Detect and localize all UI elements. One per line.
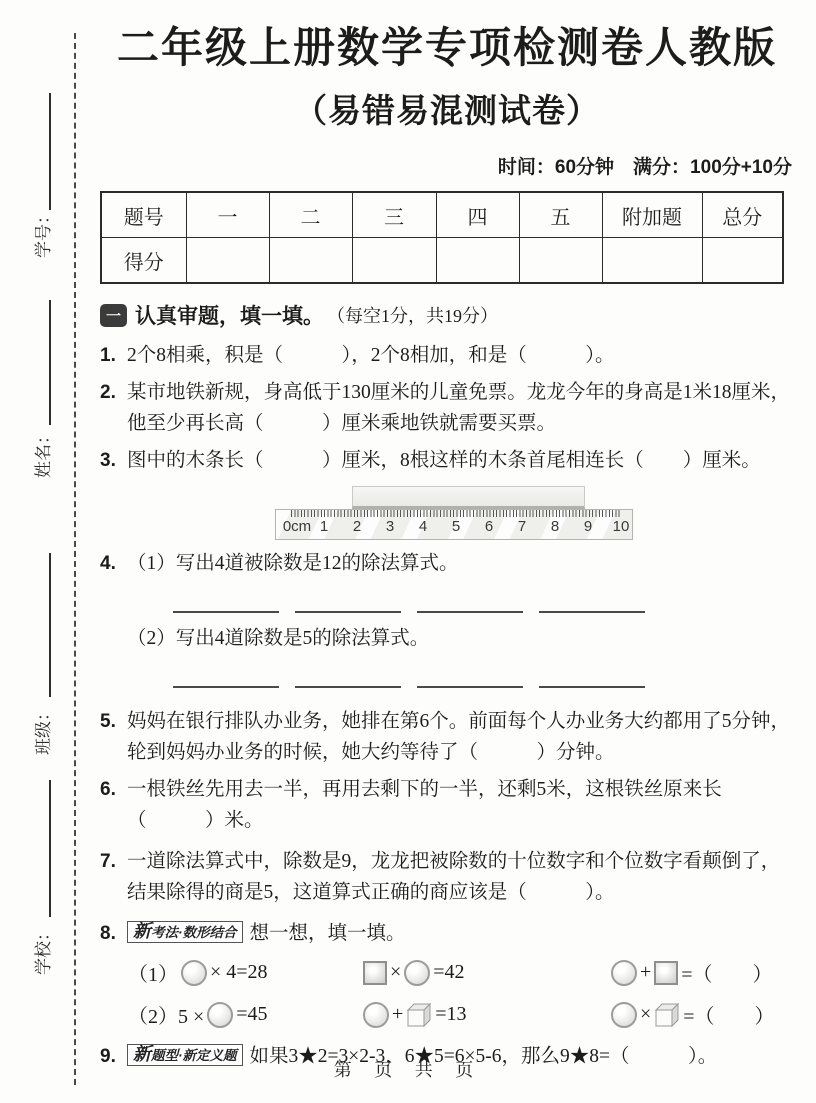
question-5: 5. 妈妈在银行排队办业务，她排在第6个。前面每个人办业务大约都用了5分钟，轮到… (100, 706, 794, 768)
page-subtitle: （易错易混测试卷） (100, 85, 794, 132)
answer-blank (539, 597, 645, 613)
question-4-part-1: （1）写出4道被除数是12的除法算式。 (127, 548, 794, 579)
question-8-row-2: （2）5 × =45+=13 × =（ ） (128, 996, 794, 1033)
question-text: 2个8相乘，积是（ ），2个8相加，和是（ ）。 (127, 340, 794, 371)
col-part-3: 三 (352, 192, 436, 238)
col-total: 总分 (702, 192, 783, 238)
score-cell (352, 238, 436, 284)
class-writing-line (49, 553, 51, 697)
cube-shape (654, 1002, 680, 1028)
question-number: 4. (100, 548, 127, 698)
question-8: 8. 新考法·数形结合想一想，填一填。 (100, 918, 794, 949)
question-4-part-2: （2）写出4道除数是5的除法算式。 (127, 623, 794, 654)
question-6: 6. 一根铁丝先用去一半，再用去剩下的一半，还剩5米，这根铁丝原来长（ ）米。 (100, 774, 794, 836)
col-part-2: 二 (269, 192, 352, 238)
class-label: 班级： (29, 704, 54, 755)
score-row-label: 得分 (101, 238, 186, 284)
section-one-header: 一 认真审题，填一填。 （每空1分，共19分） (100, 300, 794, 330)
circle-shape (404, 960, 430, 986)
question-number: 3. (100, 445, 127, 476)
circle-shape (611, 960, 637, 986)
main-content: 二年级上册数学专项检测卷人教版 （易错易混测试卷） 时间：60分钟 满分：100… (100, 0, 794, 1072)
score-table: 题号 一 二 三 四 五 附加题 总分 得分 (100, 191, 784, 284)
wood-strip (352, 486, 585, 509)
page-footer: 第 页 共 页 (0, 1056, 816, 1082)
col-part-4: 四 (436, 192, 519, 238)
question-number: 8. (100, 918, 127, 949)
school-writing-line (49, 780, 51, 917)
ruler-mark: 6 (485, 518, 493, 535)
question-number: 2. (100, 377, 127, 439)
question-text: 图中的木条长（ ）厘米，8根这样的木条首尾相连长（ ）厘米。 (127, 445, 794, 476)
ruler-mark: 5 (452, 518, 460, 535)
equation: （2）5 × =45 (128, 1000, 360, 1029)
question-number: 5. (100, 706, 127, 768)
ruler-mark: 8 (551, 518, 559, 535)
equation: × =（ ） (608, 1000, 794, 1029)
question-text: 想一想，填一填。 (250, 923, 406, 944)
score-cell (602, 238, 702, 284)
fold-dashed-line (74, 33, 76, 1085)
page-title: 二年级上册数学专项检测卷人教版 (100, 24, 794, 71)
question-text: 妈妈在银行排队办业务，她排在第6个。前面每个人办业务大约都用了5分钟，轮到妈妈办… (127, 706, 794, 768)
ruler-mark: 3 (386, 518, 394, 535)
answer-blank (173, 597, 279, 613)
circle-shape (363, 1002, 389, 1028)
student-id-writing-line (49, 93, 51, 210)
equation: （1） × 4=28 (128, 958, 360, 987)
question-8-row-1: （1） × 4=28 × =42+=（ ） (128, 954, 794, 991)
answer-blank (173, 672, 279, 688)
section-points-note: （每空1分，共19分） (327, 302, 498, 328)
circle-shape (181, 960, 207, 986)
question-number: 1. (100, 340, 127, 371)
answer-blank (295, 597, 401, 613)
answer-blank (539, 672, 645, 688)
school-label: 学校： (29, 924, 54, 975)
ruler-figure: 0cm12345678910 (275, 486, 633, 542)
cube-shape (406, 1002, 432, 1028)
ruler-mark: 4 (419, 518, 427, 535)
ruler: 0cm12345678910 (275, 509, 633, 540)
col-bonus: 附加题 (602, 192, 702, 238)
circle-shape (207, 1002, 233, 1028)
answer-blank (417, 672, 523, 688)
answer-blank-row (173, 672, 794, 688)
col-question-number: 题号 (101, 192, 186, 238)
question-text: 一道除法算式中，除数是9，龙龙把被除数的十位数字和个位数字看颠倒了，结果除得的商… (127, 846, 794, 908)
name-writing-line (49, 300, 51, 425)
name-label: 姓名： (29, 427, 54, 478)
question-3: 3. 图中的木条长（ ）厘米，8根这样的木条首尾相连长（ ）厘米。 (100, 445, 794, 476)
score-table-score-row: 得分 (101, 238, 783, 284)
col-part-1: 一 (186, 192, 269, 238)
exam-page: 学号： 姓名： 班级： 学校： 二年级上册数学专项检测卷人教版 （易错易混测试卷… (0, 0, 816, 1103)
equation: × =42 (360, 960, 608, 986)
ruler-mark: 2 (353, 518, 361, 535)
ruler-ticks (291, 510, 622, 517)
student-id-label: 学号： (29, 207, 54, 258)
score-cell (186, 238, 269, 284)
answer-blank (295, 672, 401, 688)
time-score-info: 时间：60分钟 满分：100分+10分 (100, 152, 794, 179)
square-shape (363, 961, 387, 985)
question-1: 1. 2个8相乘，积是（ ），2个8相加，和是（ ）。 (100, 340, 794, 371)
question-7: 7. 一道除法算式中，除数是9，龙龙把被除数的十位数字和个位数字看颠倒了，结果除… (100, 846, 794, 908)
col-part-5: 五 (519, 192, 602, 238)
ruler-mark: 7 (518, 518, 526, 535)
question-number: 6. (100, 774, 127, 836)
square-shape (654, 961, 678, 985)
score-cell (519, 238, 602, 284)
ruler-mark: 1 (320, 518, 328, 535)
answer-blank-row (173, 597, 794, 613)
question-text: 某市地铁新规，身高低于130厘米的儿童免票。龙龙今年的身高是1米18厘米，他至少… (127, 377, 794, 439)
score-cell (269, 238, 352, 284)
score-cell (702, 238, 783, 284)
answer-blank (417, 597, 523, 613)
ruler-mark: 0cm (283, 518, 311, 535)
question-text: 一根铁丝先用去一半，再用去剩下的一半，还剩5米，这根铁丝原来长（ ）米。 (127, 774, 794, 836)
ruler-mark: 9 (584, 518, 592, 535)
equation: +=13 (360, 1002, 608, 1028)
equation: +=（ ） (608, 958, 794, 987)
question-4: 4. （1）写出4道被除数是12的除法算式。 （2）写出4道除数是5的除法算式。 (100, 548, 794, 698)
ruler-mark: 10 (613, 518, 630, 535)
new-method-badge: 新考法·数形结合 (127, 921, 243, 943)
question-number: 7. (100, 846, 127, 908)
circle-shape (611, 1002, 637, 1028)
score-table-header-row: 题号 一 二 三 四 五 附加题 总分 (101, 192, 783, 238)
section-number-badge: 一 (100, 304, 127, 327)
section-title: 认真审题，填一填。 (135, 300, 324, 330)
score-cell (436, 238, 519, 284)
question-2: 2. 某市地铁新规，身高低于130厘米的儿童免票。龙龙今年的身高是1米18厘米，… (100, 377, 794, 439)
